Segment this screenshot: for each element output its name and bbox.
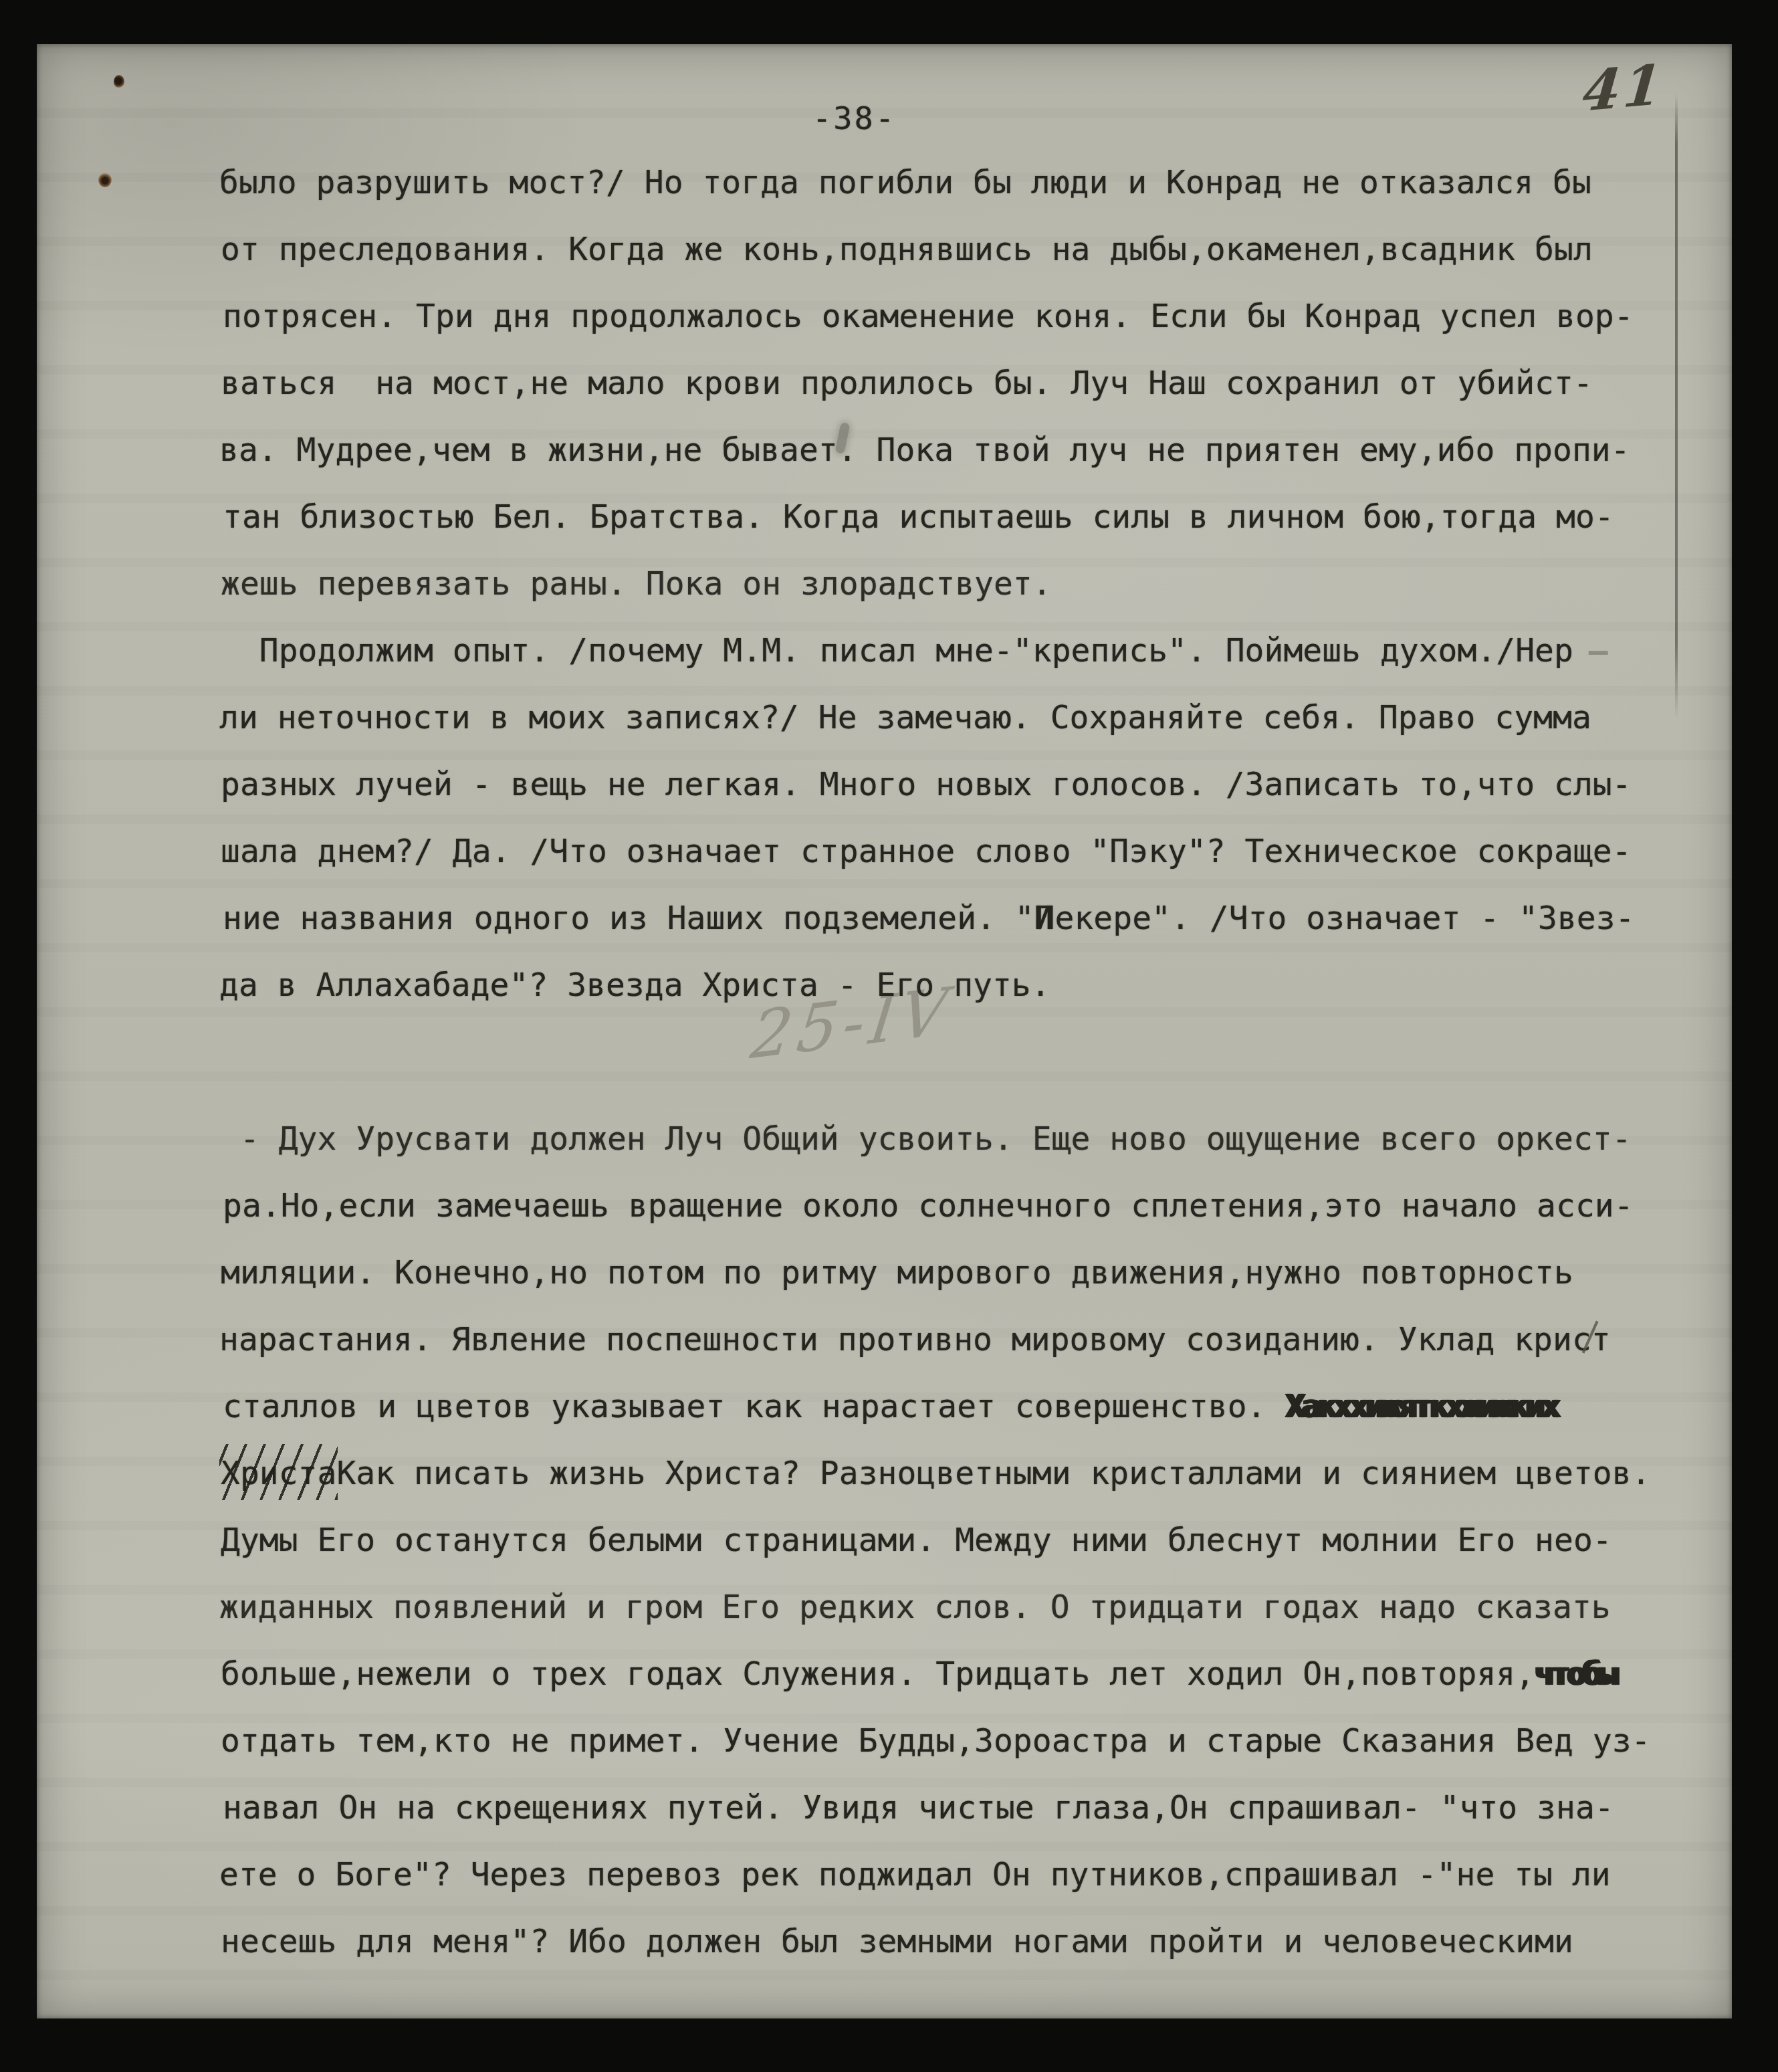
text-line: тан близостью Бел. Братства. Когда испыт… — [223, 484, 1700, 550]
text-segment: ете о Боге"? Через перевоз рек поджидал … — [219, 1856, 1611, 1893]
text-line: от преследования. Когда же конь,поднявши… — [221, 216, 1698, 283]
text-line: ра.Но,если замечаешь вращение около солн… — [223, 1172, 1700, 1239]
text-segment: ли неточности в моих записях?/ Не замеча… — [219, 699, 1591, 736]
overtyped-word: Хакххижяткхжижких — [1285, 1388, 1561, 1425]
text-segment: - Дух Урусвати должен Луч Общий усвоить.… — [221, 1120, 1632, 1158]
text-segment: жешь перевязать раны. Пока он злорадству… — [221, 565, 1052, 603]
text-line: Продолжим опыт. /почему М.М. писал мне-"… — [221, 617, 1698, 684]
text-segment: миляции. Конечно,но потом по ритму миров… — [221, 1254, 1573, 1291]
handwritten-folio-number: 41 — [1580, 52, 1667, 124]
text-segment: ва. Мудрее,чем в жизни,не бывает. Пока т… — [219, 431, 1630, 469]
text-line: миляции. Конечно,но потом по ритму миров… — [221, 1239, 1698, 1306]
text-segment: больше,нежели о трех годах Служения. Три… — [221, 1655, 1535, 1693]
text-line: шала днем?/ Да. /Что означает странное с… — [221, 818, 1698, 885]
text-line: было разрушить мост?/ Но тогда погибли б… — [219, 149, 1697, 216]
text-segment: нарастания. Явление поспешности противно… — [219, 1321, 1611, 1358]
text-segment: жиданных появлений и гром Его редких сло… — [219, 1588, 1611, 1626]
text-segment: Пекере". /Что означает - "Звез- — [1036, 900, 1635, 937]
text-line: ва. Мудрее,чем в жизни,не бывает. Пока т… — [219, 417, 1697, 484]
text-segment: навал Он на скрещениях путей. Увидя чист… — [223, 1789, 1614, 1827]
text-line: навал Он на скрещениях путей. Увидя чист… — [223, 1774, 1700, 1841]
text-segment: тан близостью Бел. Братства. Когда испыт… — [223, 498, 1614, 536]
text-line: да в Аллахабаде"? Звезда Христа - Его пу… — [219, 952, 1697, 1019]
text-line: ли неточности в моих записях?/ Не замеча… — [219, 684, 1697, 751]
text-line: ХристаКак писать жизнь Христа? Разноцвет… — [221, 1440, 1698, 1507]
text-segment: несешь для меня"? Ибо должен был земными… — [221, 1923, 1573, 1960]
text-line: жешь перевязать раны. Пока он злорадству… — [221, 550, 1698, 617]
text-line: ете о Боге"? Через перевоз рек поджидал … — [219, 1841, 1697, 1908]
overtyped-word: чтобы — [1535, 1655, 1619, 1693]
text-segment: было разрушить мост?/ Но тогда погибли б… — [219, 164, 1591, 201]
struck-out-word: Христа — [221, 1440, 336, 1507]
text-segment: от преследования. Когда же конь,поднявши… — [221, 231, 1593, 268]
text-segment: ваться на мост,не мало крови пролилось б… — [221, 365, 1593, 402]
text-segment: ра.Но,если замечаешь вращение около солн… — [223, 1187, 1634, 1225]
text-line: Думы Его останутся белыми страницами. Ме… — [221, 1507, 1698, 1574]
text-segment: разных лучей - вещь не легкая. Много нов… — [221, 766, 1632, 803]
text-segment: шала днем?/ Да. /Что означает странное с… — [221, 833, 1632, 870]
text-line: нарастания. Явление поспешности противно… — [219, 1306, 1697, 1373]
pencil-dash: — — [1573, 632, 1604, 669]
text-segment: Как писать жизнь Христа? Разноцветными к… — [336, 1455, 1650, 1492]
photo-background: { "page": { "number_label": "-38-", "fol… — [0, 0, 1778, 2072]
text-segment: сталлов и цветов указывает как нарастает… — [223, 1388, 1285, 1425]
text-segment: Продолжим опыт. /почему М.М. писал мне-"… — [221, 632, 1573, 669]
paper-hole — [114, 75, 124, 88]
text-line: ние названия одного из Наших подземелей.… — [223, 885, 1700, 952]
text-line: потрясен. Три дня продолжалось окаменени… — [223, 283, 1700, 350]
paper-hole — [98, 173, 112, 187]
text-line: несешь для меня"? Ибо должен был земными… — [221, 1908, 1698, 1975]
text-segment: Думы Его останутся белыми страницами. Ме… — [221, 1522, 1612, 1559]
document-page: -38- 41 25-IV было разрушить мост?/ Но т… — [37, 44, 1732, 2018]
text-line: разных лучей - вещь не легкая. Много нов… — [221, 751, 1698, 818]
text-segment: ние названия одного из Наших подземелей.… — [223, 900, 1034, 937]
text-line: ваться на мост,не мало крови пролилось б… — [221, 350, 1698, 417]
text-line: отдать тем,кто не примет. Учение Будды,З… — [221, 1707, 1698, 1774]
text-line: - Дух Урусвати должен Луч Общий усвоить.… — [221, 1106, 1698, 1172]
text-line: больше,нежели о трех годах Служения. Три… — [221, 1641, 1698, 1707]
text-segment: да в Аллахабаде"? Звезда Христа - Его пу… — [219, 966, 1050, 1004]
text-segment: отдать тем,кто не примет. Учение Будды,З… — [221, 1722, 1650, 1760]
text-segment: потрясен. Три дня продолжалось окаменени… — [223, 298, 1634, 335]
typewritten-text-block: было разрушить мост?/ Но тогда погибли б… — [221, 149, 1698, 1975]
text-line: сталлов и цветов указывает как нарастает… — [223, 1373, 1700, 1440]
text-line: жиданных появлений и гром Его редких сло… — [219, 1574, 1697, 1641]
page-number: -38- — [812, 100, 896, 137]
